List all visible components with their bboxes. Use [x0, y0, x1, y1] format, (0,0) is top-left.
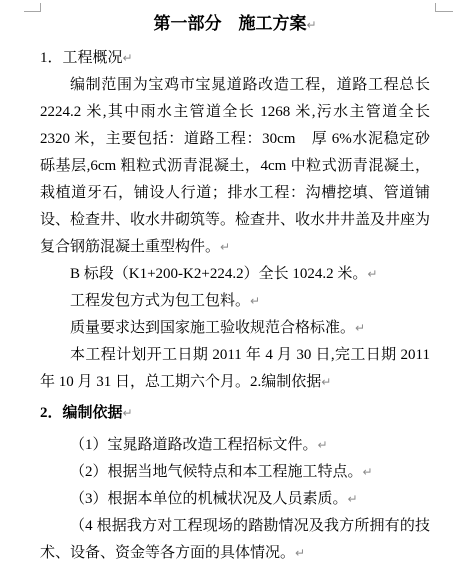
paragraph-text: （1）宝晁路道路改造工程招标文件。 — [70, 437, 318, 453]
paragraph-mark: ↵ — [295, 546, 305, 560]
paragraph-mark: ↵ — [306, 18, 316, 32]
paragraph-text: B 标段（K1+200-K2+224.2）全长 1024.2 米。 — [70, 266, 367, 282]
list-paragraph: （2）根据当地气候特点和本工程施工特点。↵ — [40, 459, 430, 486]
paragraph: 本工程计划开工日期 2011 年 4 月 30 日,完工日期 2011 年 10… — [40, 342, 430, 396]
paragraph-mark: ↵ — [123, 406, 133, 420]
paragraph-mark: ↵ — [318, 438, 328, 452]
section-heading: 2．编制依据↵ — [40, 400, 430, 427]
paragraph-text: 2．编制依据 — [40, 405, 123, 421]
paragraph: 编制范围为宝鸡市宝晁道路改造工程，道路工程总长 2224.2 米,其中雨水主管道… — [40, 72, 430, 261]
paragraph-mark: ↵ — [367, 267, 377, 281]
list-paragraph: （3）根据本单位的机械状况及人员素质。↵ — [40, 486, 430, 513]
paragraph-text: 工程发包方式为包工包料。 — [70, 293, 250, 309]
paragraph-text: 编制范围为宝鸡市宝晁道路改造工程，道路工程总长 2224.2 米,其中雨水主管道… — [40, 77, 430, 255]
document-body: 1．工程概况↵编制范围为宝鸡市宝晁道路改造工程，道路工程总长 2224.2 米,… — [40, 45, 430, 567]
document-title: 第一部分 施工方案↵ — [40, 11, 430, 38]
paragraph: B 标段（K1+200-K2+224.2）全长 1024.2 米。↵ — [40, 261, 430, 288]
document-title-text: 第一部分 施工方案 — [153, 14, 306, 33]
paragraph-text: （3）根据本单位的机械状况及人员素质。 — [70, 491, 348, 507]
paragraph-mark: ↵ — [123, 51, 133, 65]
paragraph: 质量要求达到国家施工验收规范合格标准。↵ — [40, 315, 430, 342]
paragraph-mark: ↵ — [250, 294, 260, 308]
paragraph-mark: ↵ — [348, 492, 358, 506]
paragraph-text: 质量要求达到国家施工验收规范合格标准。 — [70, 320, 355, 336]
document-content: 第一部分 施工方案↵ 1．工程概况↵编制范围为宝鸡市宝晁道路改造工程，道路工程总… — [40, 11, 430, 567]
text-boundary-mark-top-right — [435, 3, 453, 12]
paragraph-text: 1．工程概况 — [40, 50, 123, 66]
paragraph-mark: ↵ — [321, 375, 331, 389]
paragraph-mark: ↵ — [363, 465, 373, 479]
document-page: { "page": { "background": "#ffffff", "te… — [0, 0, 469, 575]
paragraph-text: （4 根据我方对工程现场的踏勘情况及我方所拥有的技术、设备、资金等各方面的具体情… — [40, 518, 430, 561]
text-boundary-mark-top-left — [24, 3, 41, 12]
list-paragraph: （4 根据我方对工程现场的踏勘情况及我方所拥有的技术、设备、资金等各方面的具体情… — [40, 513, 430, 567]
paragraph-text: 本工程计划开工日期 2011 年 4 月 30 日,完工日期 2011 年 10… — [40, 347, 430, 390]
paragraph-text: （2）根据当地气候特点和本工程施工特点。 — [70, 464, 363, 480]
paragraph: 工程发包方式为包工包料。↵ — [40, 288, 430, 315]
list-paragraph: （1）宝晁路道路改造工程招标文件。↵ — [40, 432, 430, 459]
section-heading: 1．工程概况↵ — [40, 45, 430, 72]
paragraph-mark: ↵ — [355, 321, 365, 335]
paragraph-mark: ↵ — [220, 240, 230, 254]
